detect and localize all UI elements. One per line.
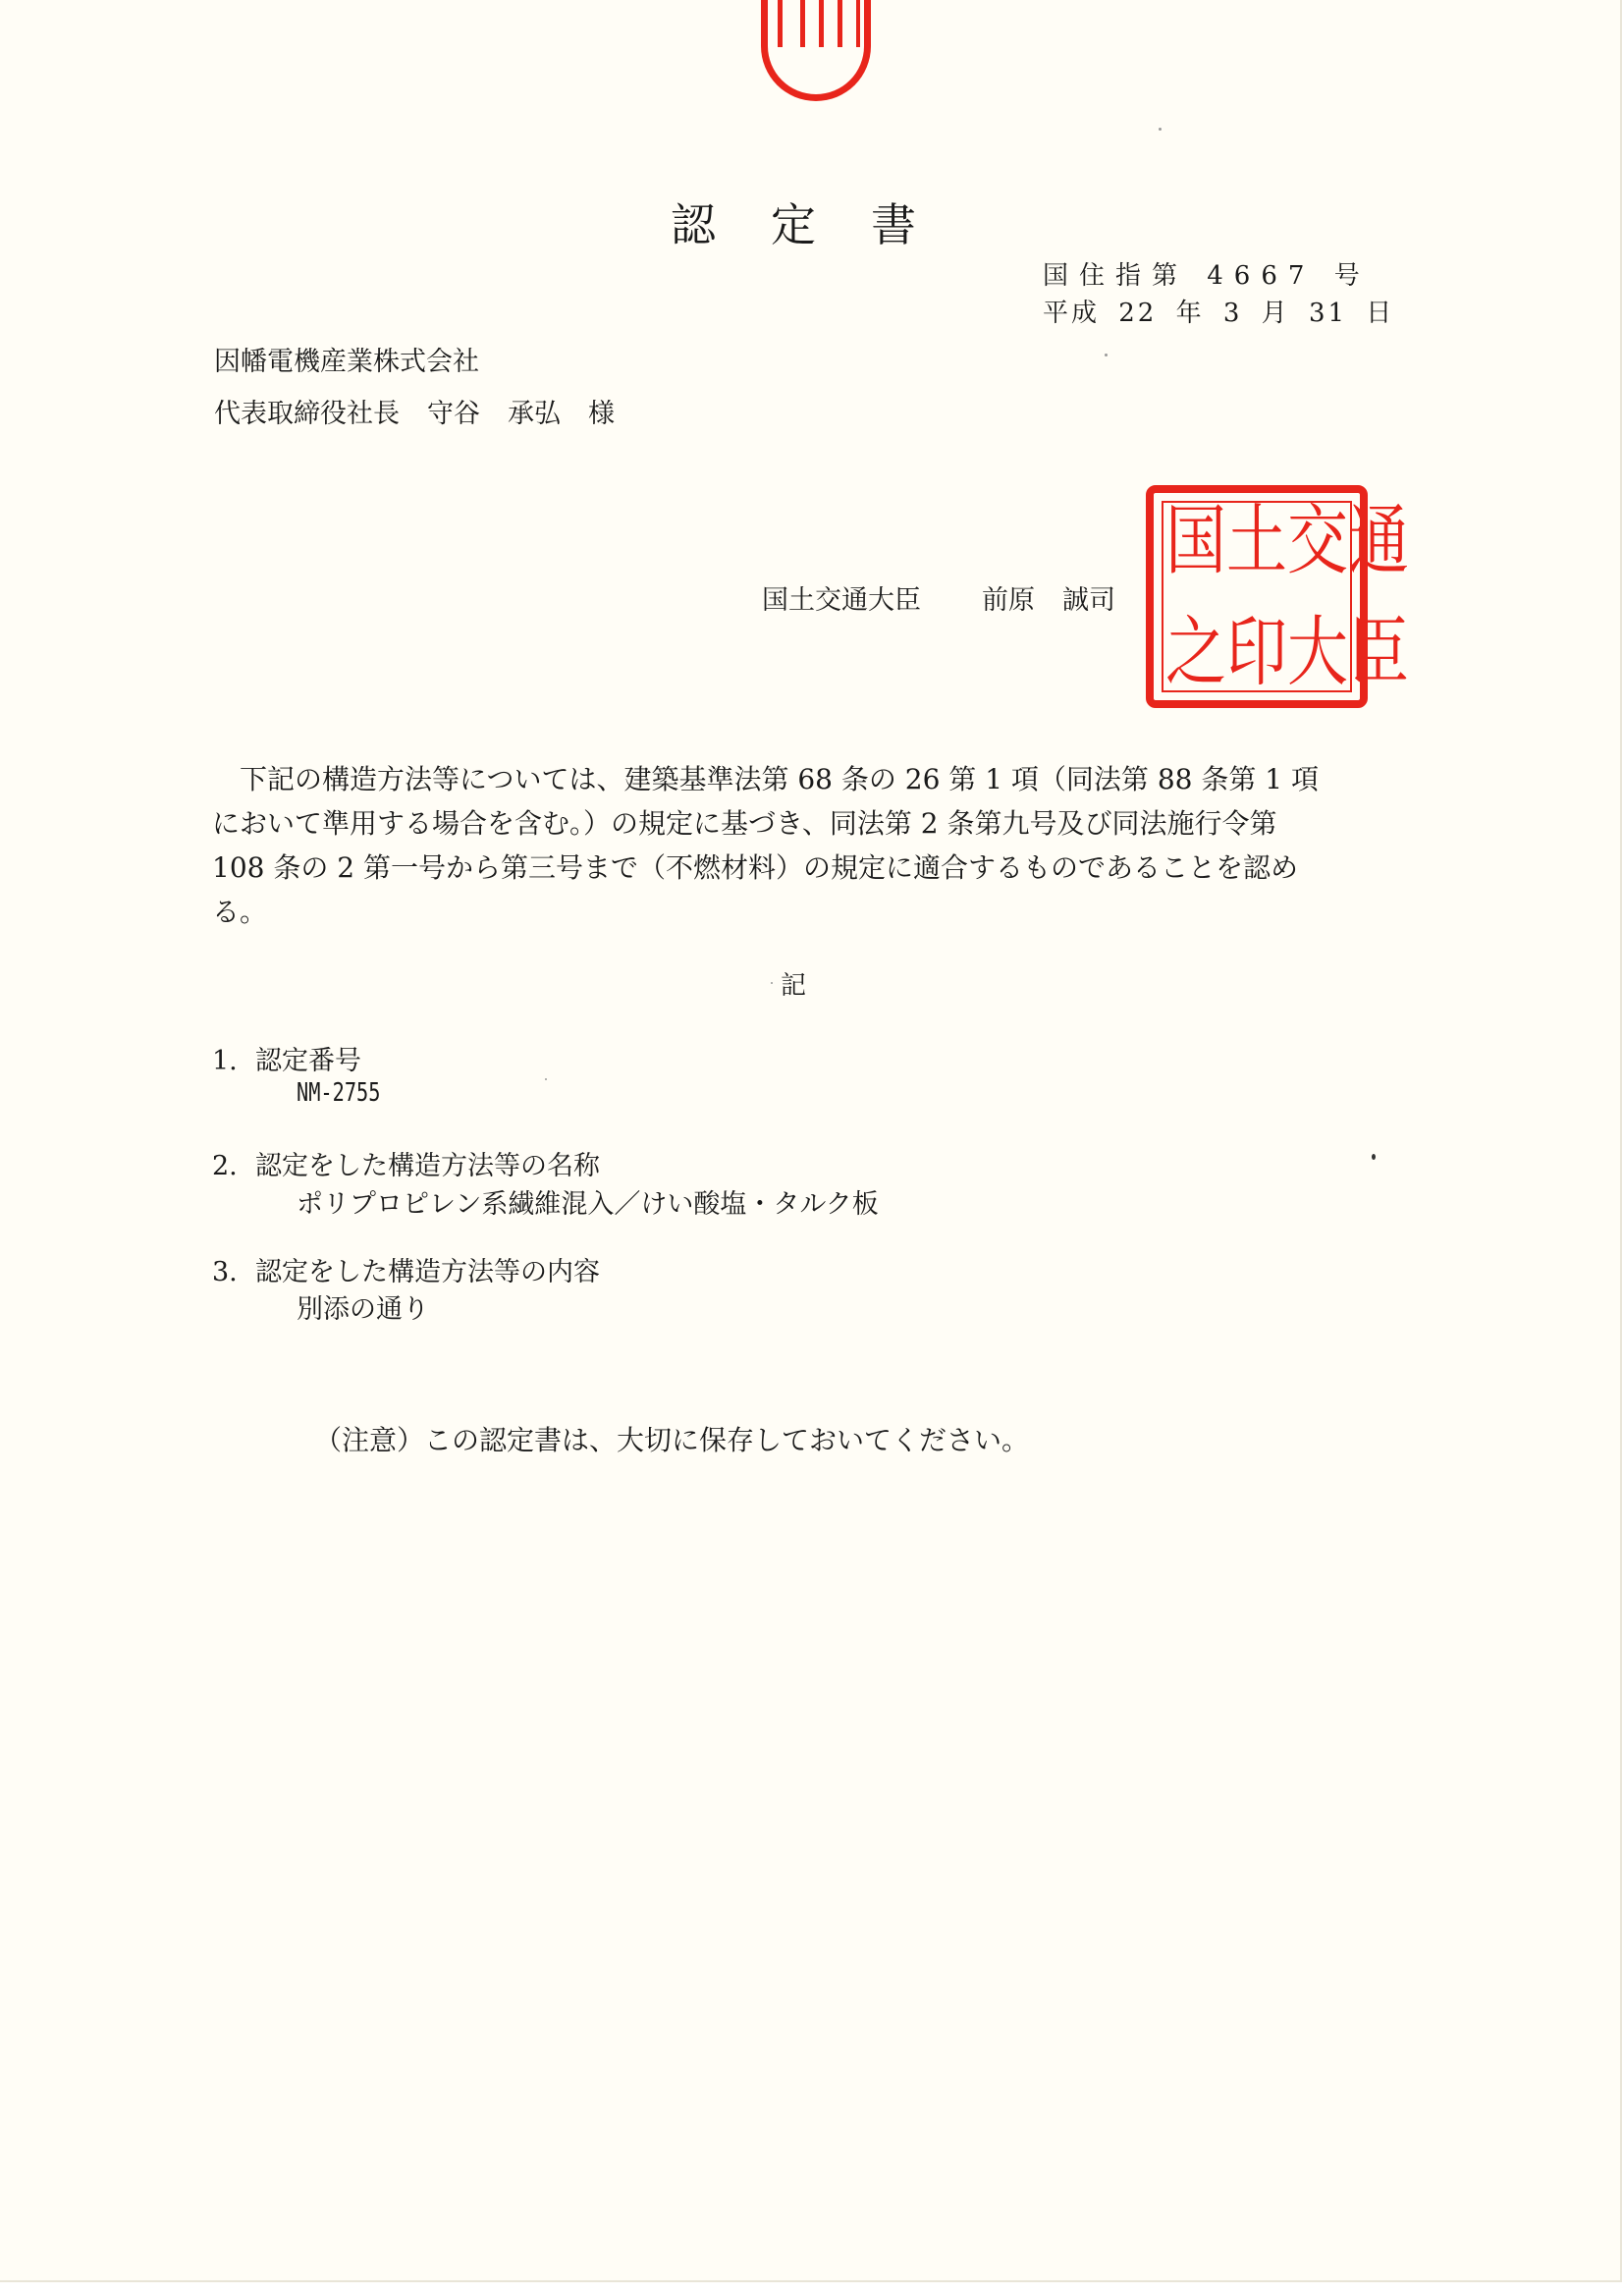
item-2-value: ポリプロピレン系繊維混入／けい酸塩・タルク板 bbox=[297, 1182, 879, 1221]
item-number: 3. bbox=[212, 1257, 255, 1287]
issuer-family-name: 前原 bbox=[982, 585, 1035, 616]
item-3-value: 別添の通り bbox=[297, 1287, 429, 1326]
seal-column: 通 臣 bbox=[1348, 484, 1409, 709]
seal-stroke bbox=[778, 0, 783, 47]
scan-speck bbox=[1372, 1154, 1376, 1160]
certification-number: NM-2755 bbox=[297, 1078, 380, 1108]
scan-speck bbox=[1105, 354, 1108, 356]
top-seal-stamp bbox=[761, 0, 871, 101]
official-seal-stamp: 通 臣 交 大 土 印 国 之 bbox=[1146, 485, 1368, 708]
item-number: 1. bbox=[212, 1046, 255, 1076]
seal-column: 交 大 bbox=[1287, 484, 1348, 709]
recipient-company: 因幡電機産業株式会社 bbox=[214, 340, 479, 378]
item-2-heading: 2.認定をした構造方法等の名称 bbox=[212, 1144, 600, 1182]
seal-stroke bbox=[856, 0, 860, 47]
ki-heading: 記 bbox=[781, 965, 806, 1002]
item-number: 2. bbox=[212, 1151, 255, 1181]
issuer-given-name: 誠司 bbox=[1062, 585, 1115, 616]
issuer-line: 国土交通大臣前原誠司 bbox=[762, 578, 1115, 617]
body-line: 下記の構造方法等については、建築基準法第 68 条の 26 第 1 項（同法第 … bbox=[212, 757, 1371, 801]
scan-speck bbox=[771, 982, 773, 984]
recipient-family-name: 守谷 bbox=[427, 399, 480, 429]
recipient-line: 代表取締役社長守谷承弘様 bbox=[214, 392, 615, 430]
seal-column: 国 之 bbox=[1165, 484, 1226, 709]
item-1-value: NM-2755 bbox=[297, 1077, 405, 1108]
seal-stroke bbox=[800, 0, 805, 47]
seal-stroke bbox=[819, 0, 824, 47]
issuer-title: 国土交通大臣 bbox=[762, 585, 921, 616]
document-title: 認定書 bbox=[671, 190, 971, 254]
seal-column: 土 印 bbox=[1226, 484, 1287, 709]
seal-stroke bbox=[838, 0, 842, 47]
recipient-honorific: 様 bbox=[588, 399, 615, 429]
document-date: 平成 22 年 3 月 31 日 bbox=[1043, 293, 1394, 329]
item-3-heading: 3.認定をした構造方法等の内容 bbox=[212, 1250, 600, 1288]
body-line: 108 条の 2 第一号から第三号まで（不燃材料）の規定に適合するものであること… bbox=[212, 846, 1371, 890]
body-line: において準用する場合を含む。）の規定に基づき、同法第 2 条第九号及び同法施行令… bbox=[212, 801, 1371, 846]
recipient-position: 代表取締役社長 bbox=[214, 399, 400, 429]
certificate-page: 認定書 国住指第 4667 号 平成 22 年 3 月 31 日 因幡電機産業株… bbox=[0, 0, 1622, 2282]
certification-body: 下記の構造方法等については、建築基準法第 68 条の 26 第 1 項（同法第 … bbox=[212, 757, 1371, 934]
body-line: る。 bbox=[212, 890, 1371, 934]
scan-speck bbox=[545, 1078, 547, 1080]
item-heading: 認定をした構造方法等の名称 bbox=[255, 1151, 600, 1181]
item-heading: 認定をした構造方法等の内容 bbox=[255, 1257, 600, 1287]
item-1-heading: 1.認定番号 bbox=[212, 1039, 361, 1077]
document-number: 国住指第 4667 号 bbox=[1043, 255, 1371, 292]
seal-characters: 通 臣 交 大 土 印 国 之 bbox=[1162, 501, 1352, 692]
storage-note: （注意）この認定書は、大切に保存しておいてください。 bbox=[314, 1419, 1029, 1458]
item-heading: 認定番号 bbox=[255, 1046, 361, 1076]
scan-speck bbox=[1159, 128, 1162, 131]
recipient-given-name: 承弘 bbox=[508, 399, 561, 429]
